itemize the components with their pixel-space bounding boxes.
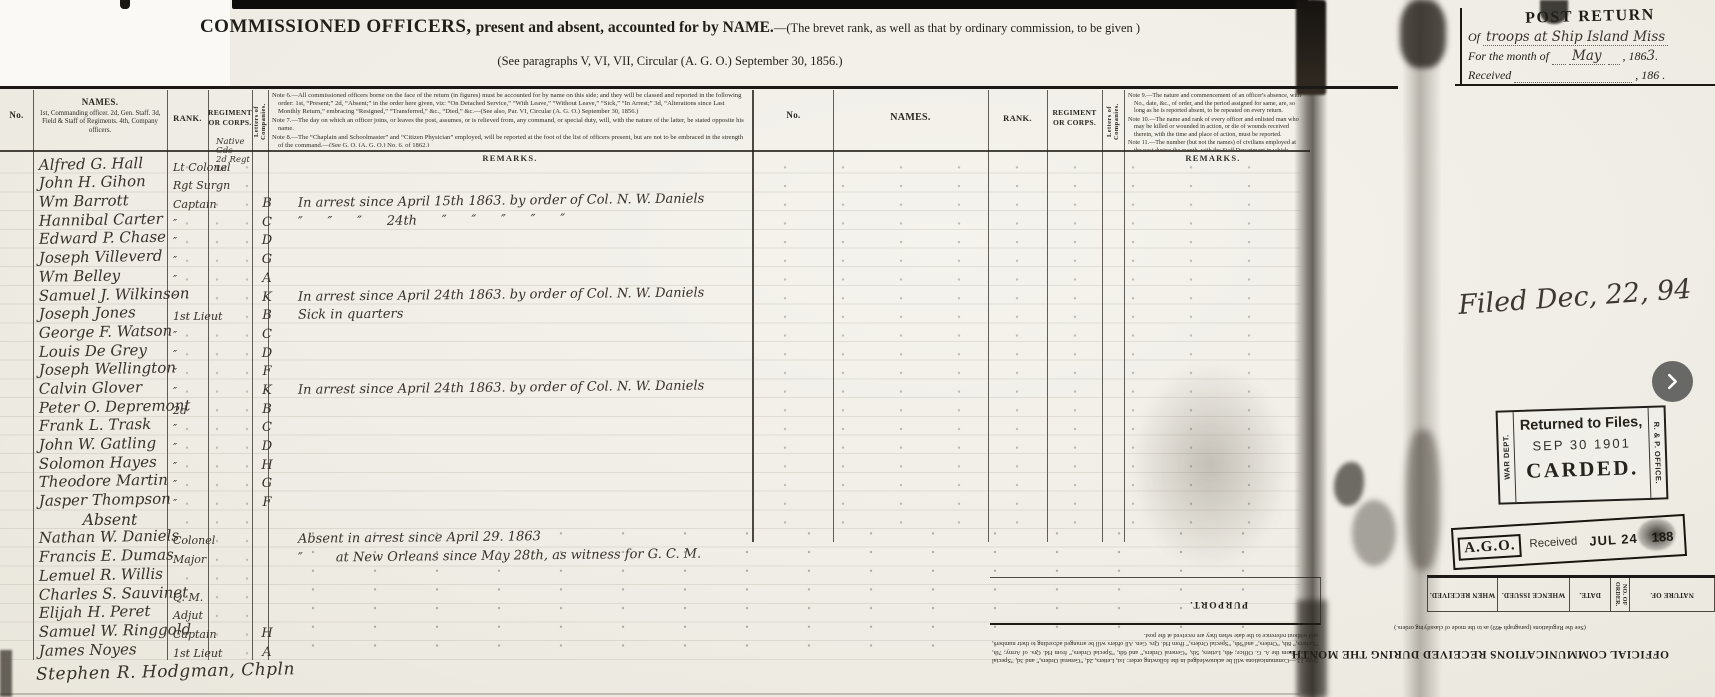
post-return-location-value: troops at Ship Island Miss	[1483, 29, 1668, 46]
ink-blot	[1334, 462, 1364, 506]
form-notes-right: Note 9.—The nature and commencement of a…	[1128, 92, 1304, 150]
fold-crease-dark	[1296, 0, 1326, 95]
officer-name: Wm Barrott	[33, 191, 173, 211]
col-header-letters-2: Letters of Companies.	[1102, 94, 1124, 150]
col-header-no-2: No.	[754, 110, 833, 120]
officer-name: Jasper Thompson	[33, 490, 173, 510]
officer-name: Elijah H. Peret	[33, 602, 173, 622]
comms-col-nature: NATURE OF.	[1630, 578, 1715, 611]
blank-paper-corner	[0, 0, 230, 86]
officer-name: Joseph Wellington	[33, 359, 173, 379]
form-note: Note 11.—The number (but not the names) …	[1128, 139, 1304, 150]
post-return-month-value: May	[1569, 48, 1605, 65]
purport-band: PURPORT.	[990, 577, 1321, 625]
officer-name: Samuel J. Wilkinson	[33, 284, 173, 304]
ditto-dots	[172, 158, 268, 658]
scan-bottom-edge	[0, 693, 1300, 695]
officer-name: Hannibal Carter	[33, 209, 173, 229]
officer-name: Samuel W. Ringgold	[33, 620, 173, 640]
purport-label: PURPORT.	[1189, 599, 1248, 609]
officer-name: Alfred G. Hall	[33, 153, 173, 173]
returned-to-files-stamp: WAR DEPT. Returned to Files, SEP 30 1901…	[1496, 405, 1669, 504]
official-communications-table: OFFICIAL COMMUNICATIONS RECEIVED DURING …	[1312, 560, 1715, 697]
ink-blot	[1400, 0, 1446, 68]
ink-blot	[1637, 517, 1677, 551]
officer-name: Lemuel R. Willis	[33, 564, 173, 584]
officer-name: George F. Watson	[33, 321, 173, 341]
header-bottom-rule	[0, 150, 1310, 152]
chevron-right-icon	[1664, 373, 1681, 390]
comms-col-date: DATE.	[1570, 578, 1611, 611]
col-header-no: No.	[0, 110, 33, 120]
stamp-rp-office-label: R. & P. OFFICE.	[1648, 407, 1667, 497]
officer-name: Joseph Jones	[33, 303, 173, 323]
form-title: COMMISSIONED OFFICERS, present and absen…	[195, 16, 1145, 38]
ago-received-label: Received	[1529, 535, 1578, 550]
col-header-regiment-2: REGIMENT OR CORPS.	[1047, 108, 1102, 128]
note-13-text: Note 13.—Communications will be acknowle…	[992, 624, 1318, 664]
officer-name: Frank L. Trask	[33, 415, 173, 435]
officer-name: Francis E. Dumas	[33, 546, 173, 566]
officer-name: Solomon Hayes	[33, 452, 173, 472]
officer-name: Edward P. Chase	[33, 228, 173, 248]
ago-year: 188	[1651, 528, 1674, 544]
col-header-rank-2: RANK.	[988, 113, 1047, 123]
form-subtitle: (See paragraphs V, VI, VII, Circular (A.…	[195, 54, 1145, 69]
officer-name: Charles S. Sauvinet	[33, 583, 173, 603]
comms-col-when-received: WHEN RECEIVED.	[1428, 578, 1498, 611]
post-return-received-line: Received , 186 .	[1468, 68, 1712, 83]
stamp-carded-line: CARDED.	[1515, 455, 1650, 484]
ink-smudge	[1406, 430, 1440, 570]
form-note: Note 10.—The name and rank of every offi…	[1128, 116, 1304, 139]
comms-col-order-no: NO. OF ORDER.	[1611, 578, 1630, 611]
officer-name: Theodore Martin	[33, 471, 173, 491]
table-top-rule	[0, 86, 1398, 89]
form-note: Note 7.—The day on which an officer join…	[272, 117, 746, 133]
officer-name: John W. Gatling	[33, 434, 173, 454]
stamp-returned-line: Returned to Files,	[1514, 414, 1648, 434]
communications-title: OFFICIAL COMMUNICATIONS RECEIVED DURING …	[1313, 648, 1669, 660]
post-return-rule	[1455, 84, 1715, 86]
col-header-names-sub: 1st, Commanding officer. 2d, Gen. Staff.…	[33, 110, 167, 135]
ditto-dots	[756, 158, 1296, 524]
officer-name: John H. Gihon	[33, 172, 173, 192]
communications-note: (See the Regulations (paragraph 469) as …	[1365, 624, 1615, 631]
ago-office-label: A.G.O.	[1458, 533, 1523, 560]
col-header-regiment: REGIMENT OR CORPS.	[208, 108, 252, 128]
officer-name: Peter O. Depremont	[33, 396, 173, 416]
stamp-date: SEP 30 1901	[1514, 435, 1648, 454]
post-return-month-line: For the month of May , 1863.	[1468, 48, 1712, 65]
comms-col-whence: WHENCE ISSUED.	[1498, 578, 1570, 611]
form-notes-left: Note 6.—All commissioned officers borne …	[272, 92, 746, 147]
communications-header-row: NATURE OF. NO. OF ORDER. DATE. WHENCE IS…	[1427, 575, 1715, 612]
officer-name: Louis De Grey	[33, 340, 173, 360]
scan-top-edge	[232, 0, 1308, 9]
post-return-title: POST RETURN	[1468, 5, 1712, 29]
officer-name: Wm Belley	[33, 265, 173, 285]
next-page-button[interactable]	[1652, 361, 1693, 402]
scan-mark	[120, 0, 130, 9]
document-viewer: COMMISSIONED OFFICERS, present and absen…	[0, 0, 1715, 697]
post-return-block: POST RETURN Of troops at Ship Island Mis…	[1468, 8, 1712, 83]
form-note: Note 9.—The nature and commencement of a…	[1128, 92, 1304, 115]
filed-note: Filed Dec, 22, 94	[1457, 274, 1689, 321]
officer-name: Calvin Glover	[33, 377, 173, 397]
post-return-border	[1460, 8, 1462, 85]
form-note: Note 6.—All commissioned officers borne …	[272, 92, 746, 116]
col-header-names: NAMES. 1st, Commanding officer. 2d, Gen.…	[33, 97, 167, 135]
officer-name: Nathan W. Daniels	[33, 527, 173, 547]
ago-date: JUL 24	[1589, 530, 1638, 548]
col-header-rank: RANK.	[167, 113, 208, 123]
form-title-main: COMMISSIONED OFFICERS,	[200, 16, 472, 37]
form-note: Note 8.—The “Chaplain and Schoolmaster” …	[272, 134, 746, 147]
officer-name: Joseph Villeverd	[33, 247, 173, 267]
ink-blot	[1352, 500, 1396, 566]
chaplain-signature: Stephen R. Hodgman, Chpln	[36, 659, 295, 684]
post-return-of-line: Of troops at Ship Island Miss	[1468, 29, 1712, 45]
officer-name: James Noyes	[33, 639, 173, 659]
col-header-names-2: NAMES.	[833, 112, 988, 123]
